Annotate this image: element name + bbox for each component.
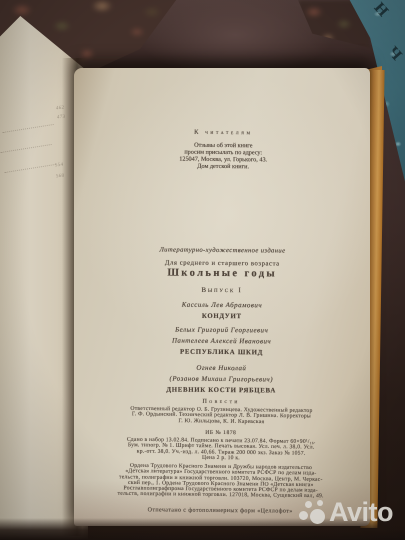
colophon-page: К читателям Отзывы об этой книге просим …: [74, 68, 370, 526]
avito-watermark: Avito: [296, 492, 405, 538]
imprint-block: Сдано в набор 13.02.84. Подписано к печа…: [75, 436, 366, 462]
dot-leader: [0, 144, 52, 153]
staff-credits: Ответственный редактор О. Б. Грузинцева.…: [75, 405, 366, 426]
work-title: РЕСПУБЛИКА ШКИД: [73, 348, 369, 358]
work-title: ДНЕВНИК КОСТИ РЯБЦЕВА: [73, 386, 369, 396]
page-content: К читателям Отзывы об этой книге просим …: [72, 67, 372, 528]
dot-leader: [2, 124, 54, 133]
readers-note: Отзывы об этой книге просим присылать по…: [75, 141, 371, 172]
work-author: Огнев Николай: [73, 364, 369, 374]
edition-type: Литературно-художественное издание: [74, 246, 370, 256]
series-title: Школьные годы: [74, 267, 370, 281]
readers-header: К читателям: [75, 128, 371, 138]
dot-leader: [4, 164, 56, 173]
book-photo: Н Ч 462 473 554 568 К читателям Отзывы о…: [0, 0, 405, 540]
avito-logo-circle: [317, 500, 323, 506]
avito-wordmark: Avito: [329, 497, 393, 528]
work-author: Кассиль Лев Абрамович: [74, 301, 370, 311]
readers-note-line: Дом детской книги.: [75, 162, 371, 172]
avito-logo-circle: [310, 509, 325, 524]
issue-label: Выпуск I: [74, 286, 370, 296]
work-author: Белых Григорий Георгиевич: [74, 326, 370, 336]
work-author: Пантелеев Алексей Иванович: [74, 337, 370, 347]
spine-letter: Н: [370, 0, 391, 20]
work-author: (Розанов Михаил Григорьевич): [73, 375, 369, 385]
spine-letter: Ч: [384, 44, 404, 64]
work-title: КОНДУИТ: [74, 312, 370, 322]
avito-logo-circle: [305, 501, 312, 508]
avito-logo-circle: [299, 511, 308, 520]
